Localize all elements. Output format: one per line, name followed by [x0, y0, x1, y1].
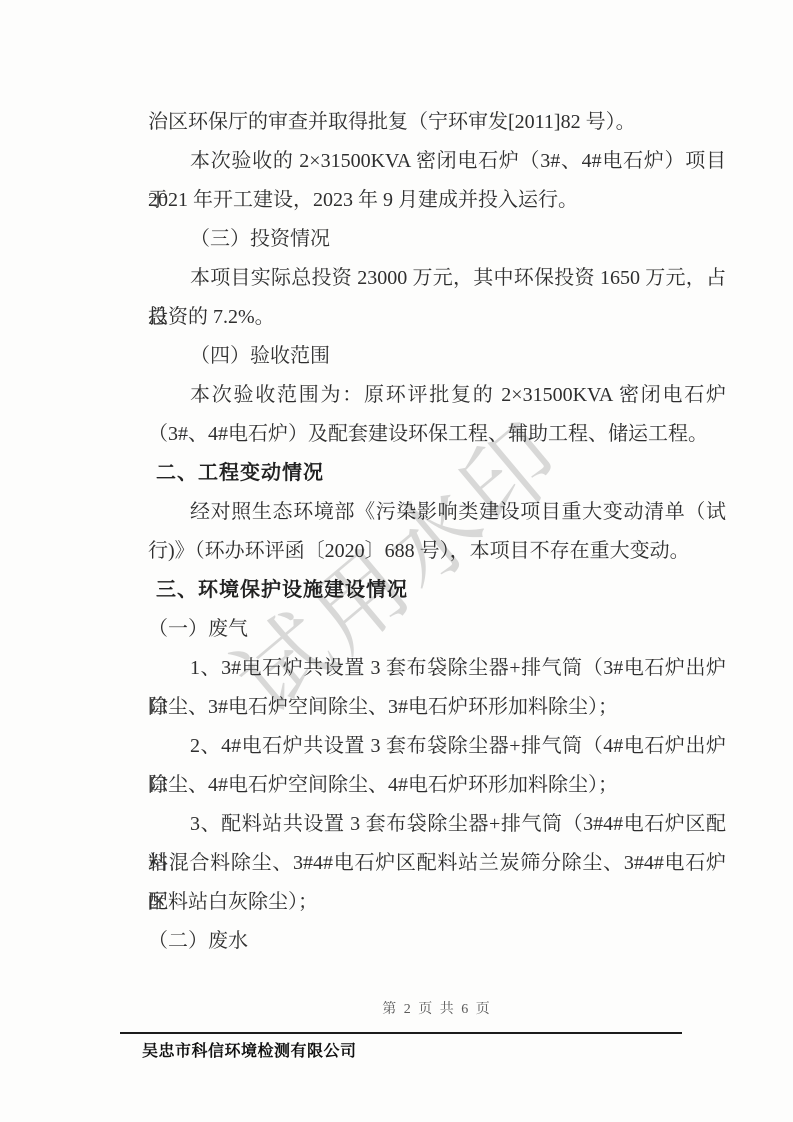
doc-line: 投资的 7.2%。 [148, 298, 726, 337]
doc-line: （三）投资情况 [148, 220, 726, 259]
doc-line: 除尘、4#电石炉空间除尘、4#电石炉环形加料除尘）； [148, 766, 726, 805]
doc-line: 3、配料站共设置 3 套布袋除尘器+排气筒（3#4#电石炉区配料 [148, 805, 726, 844]
doc-line: 本次验收的 2×31500KVA 密闭电石炉（3#、4#电石炉）项目于 [148, 142, 726, 181]
section-heading: 二、工程变动情况 [148, 454, 726, 493]
section-heading: 三、环境保护设施建设情况 [148, 571, 726, 610]
doc-line: 配料站白灰除尘）； [148, 883, 726, 922]
footer-company-name: 吴忠市科信环境检测有限公司 [142, 1038, 357, 1061]
footer-rule-line [120, 1032, 682, 1034]
doc-line: 站混合料除尘、3#4#电石炉区配料站兰炭筛分除尘、3#4#电石炉区 [148, 844, 726, 883]
doc-line: （3#、4#电石炉）及配套建设环保工程、辅助工程、储运工程。 [148, 415, 726, 454]
doc-line: 治区环保厅的审查并取得批复（宁环审发[2011]82 号）。 [148, 103, 726, 142]
page-number-indicator: 第 2 页 共 6 页 [148, 998, 726, 1018]
doc-line: 本项目实际总投资 23000 万元，其中环保投资 1650 万元，占总 [148, 259, 726, 298]
document-body: 治区环保厅的审查并取得批复（宁环审发[2011]82 号）。 本次验收的 2×3… [148, 103, 726, 961]
doc-line: 除尘、3#电石炉空间除尘、3#电石炉环形加料除尘）； [148, 688, 726, 727]
doc-line: 本次验收范围为：原环评批复的 2×31500KVA 密闭电石炉 [148, 376, 726, 415]
doc-line: 2021 年开工建设，2023 年 9 月建成并投入运行。 [148, 181, 726, 220]
doc-line: 1、3#电石炉共设置 3 套布袋除尘器+排气筒（3#电石炉出炉口 [148, 649, 726, 688]
doc-line: 2、4#电石炉共设置 3 套布袋除尘器+排气筒（4#电石炉出炉口 [148, 727, 726, 766]
doc-line: 行)》（环办环评函〔2020〕688 号），本项目不存在重大变动。 [148, 532, 726, 571]
doc-line: （二）废水 [148, 922, 726, 961]
doc-line: （四）验收范围 [148, 337, 726, 376]
scanned-document-page: 试用水印 治区环保厅的审查并取得批复（宁环审发[2011]82 号）。 本次验收… [0, 0, 793, 1122]
doc-line: 经对照生态环境部《污染影响类建设项目重大变动清单（试 [148, 493, 726, 532]
doc-line: （一）废气 [148, 610, 726, 649]
